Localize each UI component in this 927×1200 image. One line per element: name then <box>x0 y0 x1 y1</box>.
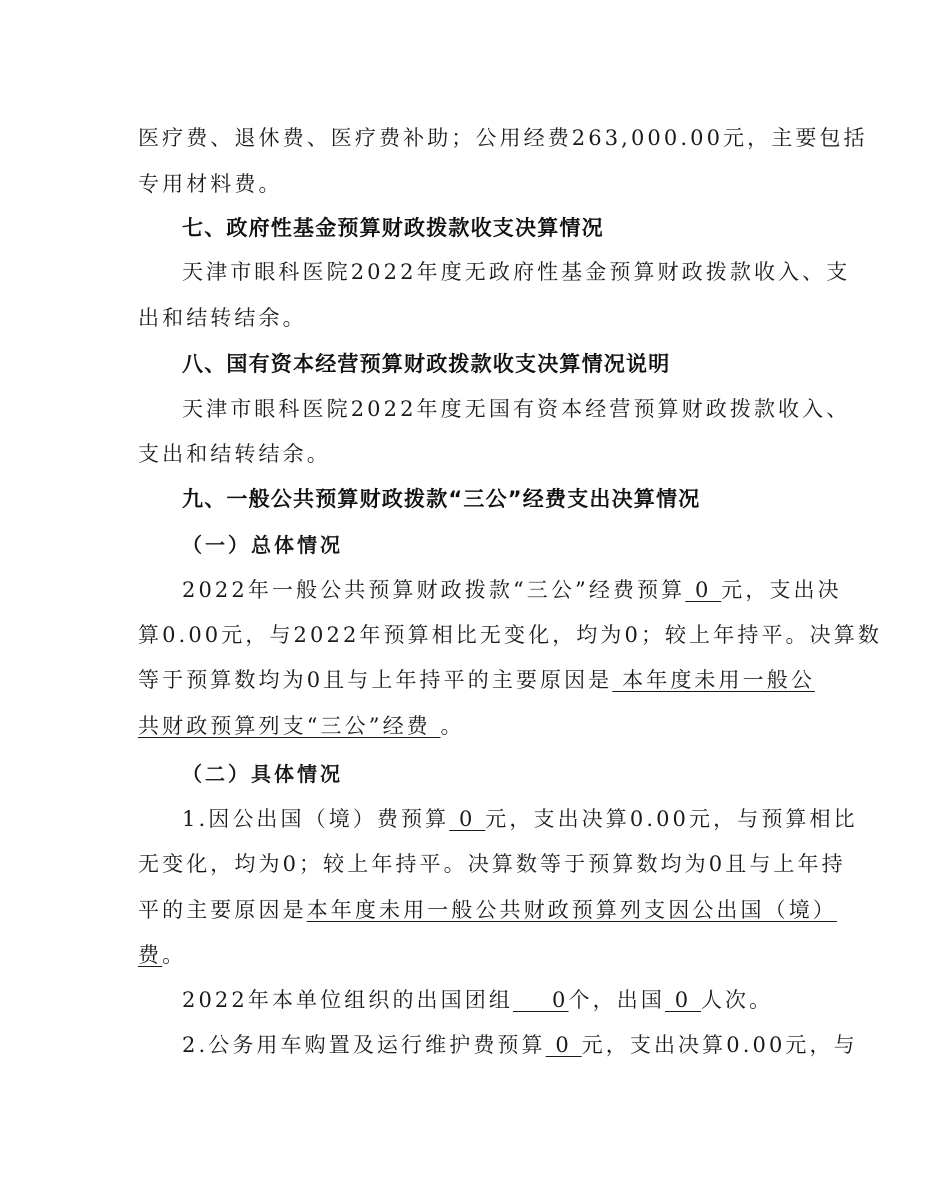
text: 平的主要原因是 <box>138 898 307 922</box>
underlined-value: 0 <box>546 1033 582 1057</box>
paragraph-line: 支出和结转结余。 <box>138 440 798 468</box>
paragraph-line: 共财政预算列支“三公”经费 。 <box>138 712 798 740</box>
text: 元，支出决 <box>721 578 842 602</box>
text: 元，支出决算0.00元，与预算相比 <box>485 807 857 831</box>
paragraph-line: 2022年一般公共预算财政拨款“三公”经费预算 0 元，支出决 <box>182 576 842 604</box>
paragraph-line: 天津市眼科医院2022年度无国有资本经营预算财政拨款收入、 <box>182 395 842 423</box>
section-heading-7: 七、政府性基金预算财政拨款收支决算情况 <box>182 214 842 242</box>
underlined-value: 0 <box>685 578 721 602</box>
section-heading-8: 八、国有资本经营预算财政拨款收支决算情况说明 <box>182 350 842 378</box>
document-page: 医疗费、退休费、医疗费补助；公用经费263,000.00元，主要包括 专用材料费… <box>0 0 927 1200</box>
text: 人次。 <box>701 988 773 1012</box>
text: 2022年本单位组织的出国团组 <box>182 988 513 1012</box>
paragraph-line: 出和结转结余。 <box>138 304 798 332</box>
text: 1.因公出国（境）费预算 <box>182 807 449 831</box>
paragraph-line: 等于预算数均为0且与上年持平的主要原因是 本年度未用一般公 <box>138 666 798 694</box>
text: 个，出国 <box>569 988 665 1012</box>
text: 。 <box>162 943 186 967</box>
text: 。 <box>441 714 465 738</box>
subsection-heading-overall: （一）总体情况 <box>182 531 842 559</box>
subsection-heading-details: （二）具体情况 <box>182 760 842 788</box>
section-heading-9: 九、一般公共预算财政拨款“三公”经费支出决算情况 <box>182 485 842 513</box>
paragraph-line: 1.因公出国（境）费预算 0 元，支出决算0.00元，与预算相比 <box>182 805 842 833</box>
paragraph-line: 专用材料费。 <box>138 170 798 198</box>
paragraph-line: 无变化，均为0；较上年持平。决算数等于预算数均为0且与上年持 <box>138 850 798 878</box>
underlined-reason: 本年度未用一般公 <box>612 668 815 692</box>
paragraph-line: 平的主要原因是本年度未用一般公共财政预算列支因公出国（境） <box>138 896 798 924</box>
text: 2022年一般公共预算财政拨款“三公”经费预算 <box>182 578 685 602</box>
underlined-reason: 费 <box>138 943 162 967</box>
paragraph-line: 2.公务用车购置及运行维护费预算 0 元，支出决算0.00元，与 <box>182 1031 842 1059</box>
underlined-reason: 共财政预算列支“三公”经费 <box>138 714 441 738</box>
underlined-value: 0 <box>513 988 569 1012</box>
paragraph-line: 天津市眼科医院2022年度无政府性基金预算财政拨款收入、支 <box>182 258 842 286</box>
paragraph-line: 医疗费、退休费、医疗费补助；公用经费263,000.00元，主要包括 <box>138 124 798 152</box>
underlined-value: 0 <box>665 988 701 1012</box>
underlined-value: 0 <box>449 807 485 831</box>
text: 等于预算数均为0且与上年持平的主要原因是 <box>138 668 612 692</box>
underlined-reason: 本年度未用一般公共财政预算列支因公出国（境） <box>307 898 837 922</box>
paragraph-line: 算0.00元，与2022年预算相比无变化，均为0；较上年持平。决算数 <box>138 621 798 649</box>
paragraph-line: 费。 <box>138 941 798 969</box>
paragraph-line: 2022年本单位组织的出国团组 0个，出国 0 人次。 <box>182 986 842 1014</box>
text: 元，支出决算0.00元，与 <box>582 1033 858 1057</box>
text: 2.公务用车购置及运行维护费预算 <box>182 1033 546 1057</box>
